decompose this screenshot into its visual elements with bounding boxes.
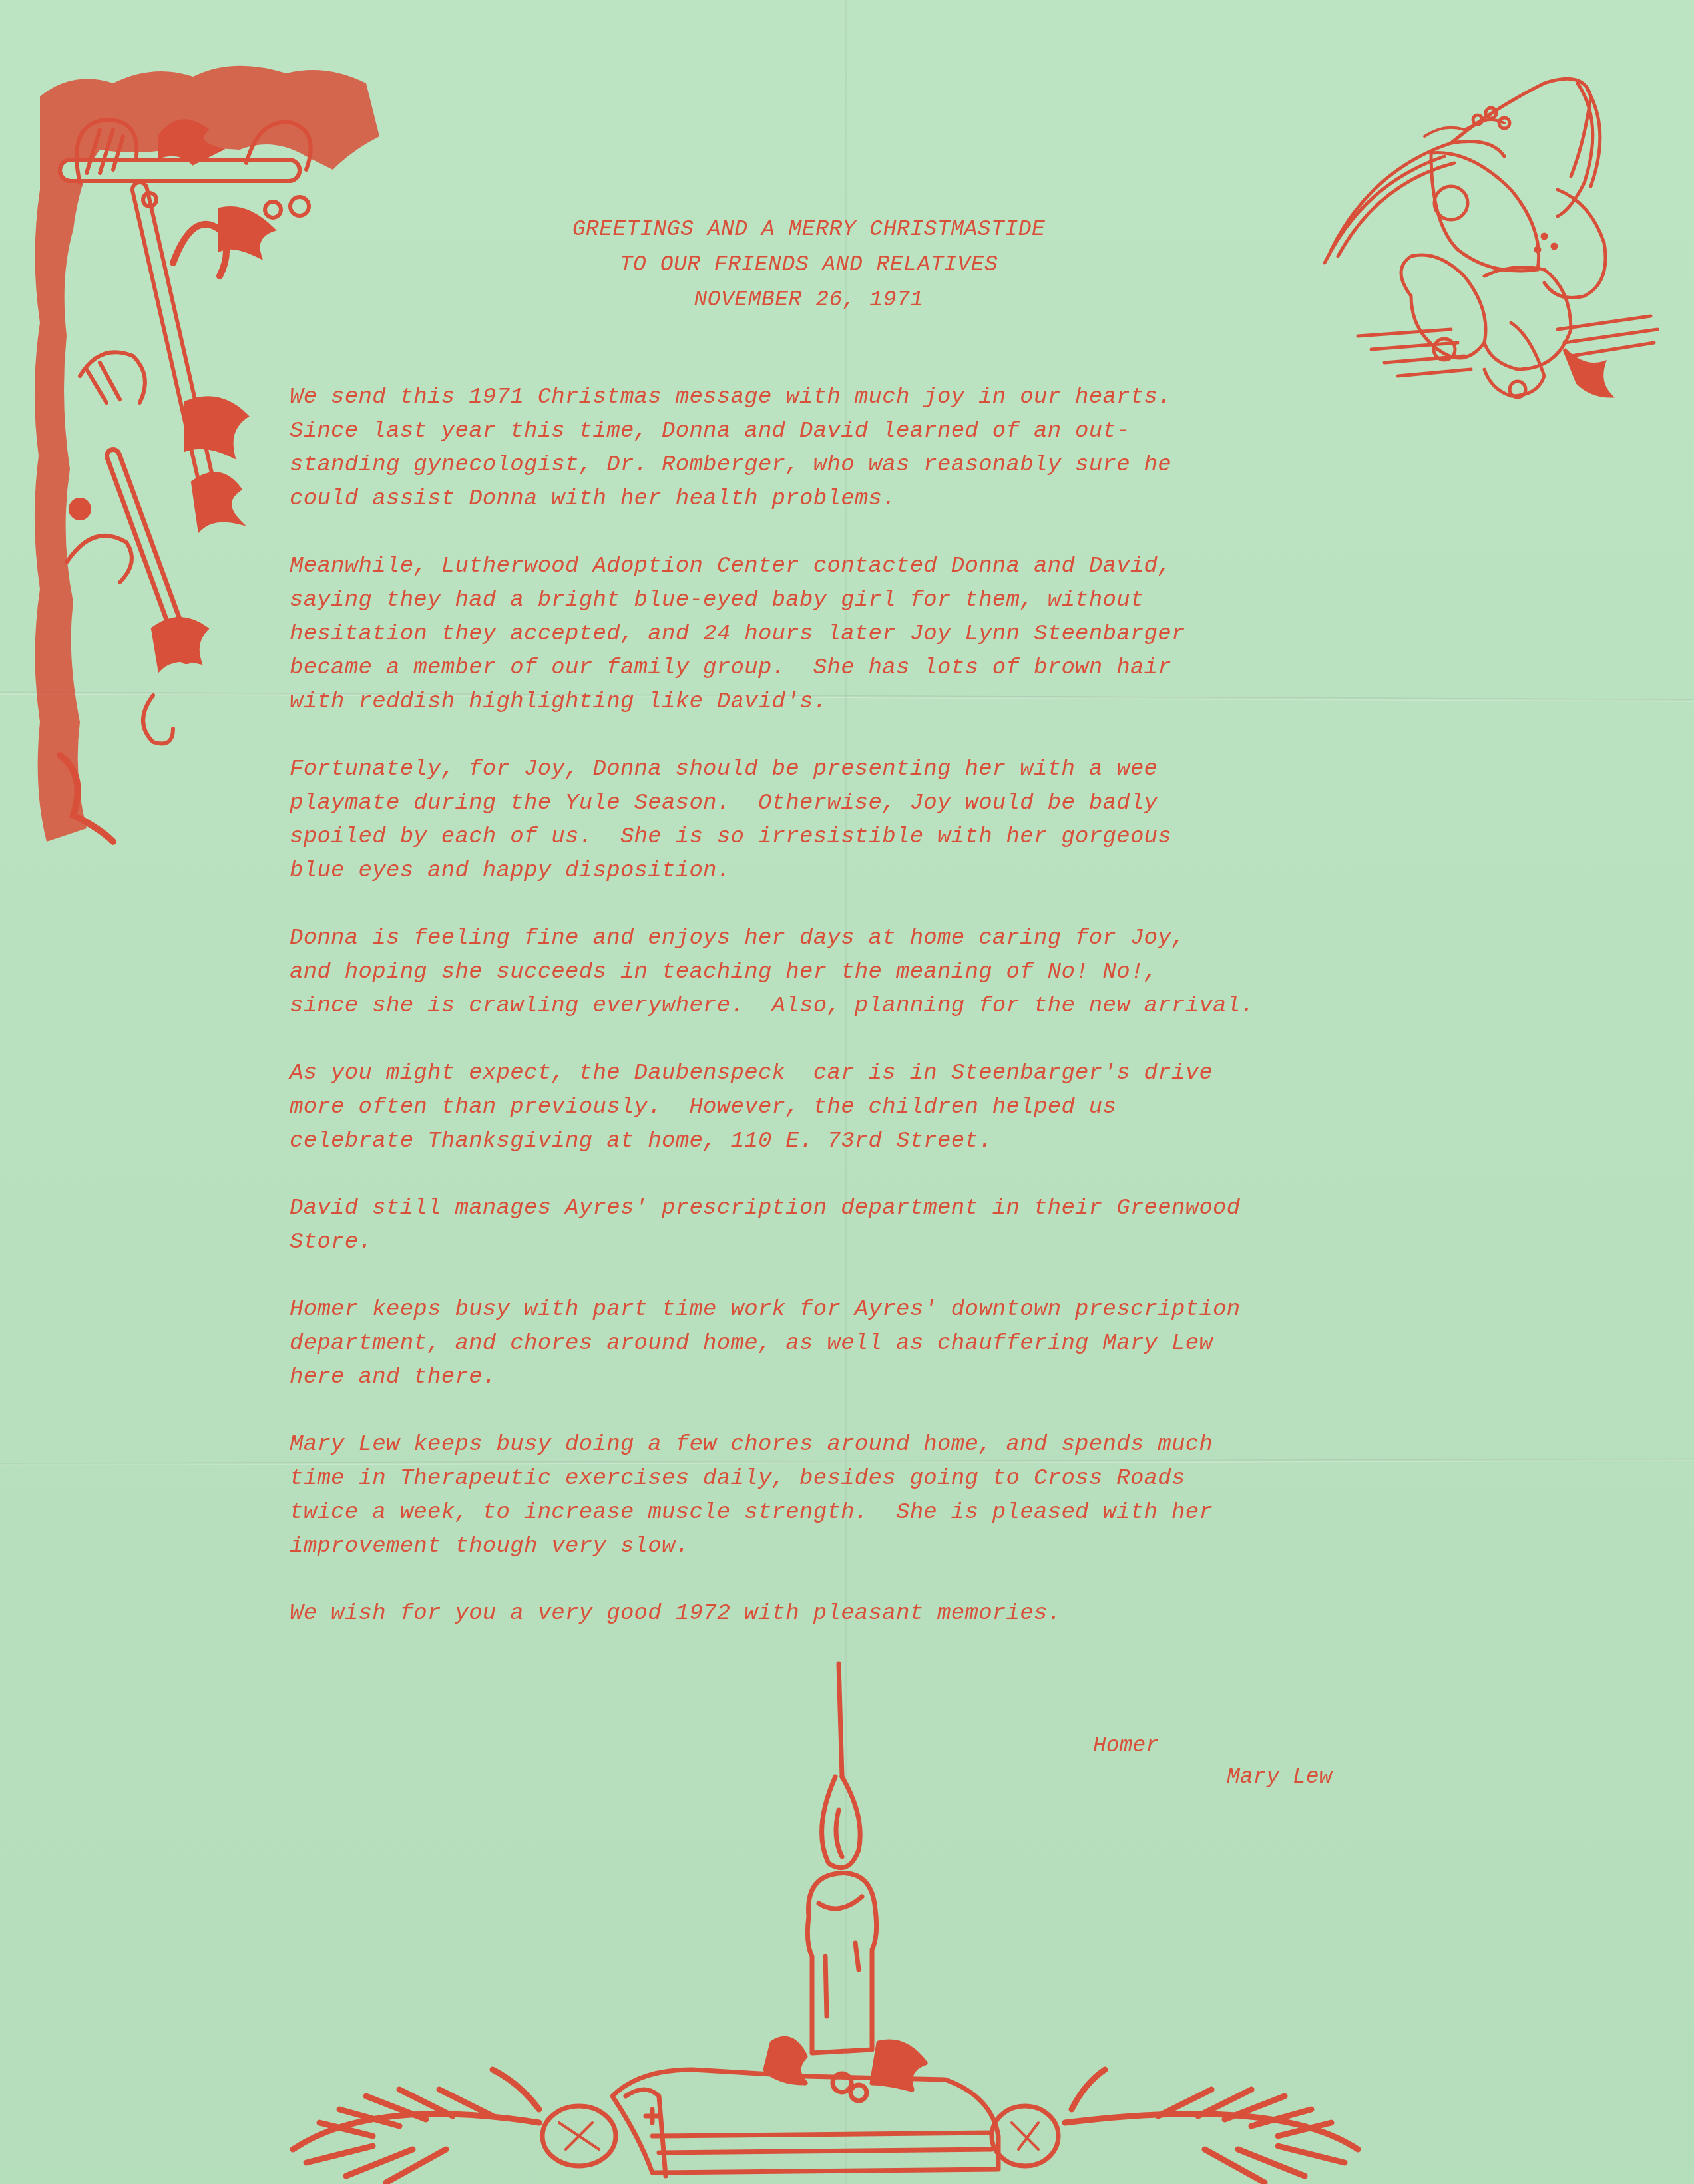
letter-heading: GREETINGS AND A MERRY CHRISTMASTIDE TO O… — [466, 212, 1152, 317]
letter-paragraph: Fortunately, for Joy, Donna should be pr… — [290, 753, 1488, 888]
letter-line: improvement though very slow. — [290, 1530, 1488, 1564]
letter-line: Mary Lew keeps busy doing a few chores a… — [290, 1428, 1488, 1462]
letter-paragraph: We send this 1971 Christmas message with… — [290, 381, 1488, 516]
letter-line: became a member of our family group. She… — [290, 651, 1488, 685]
letter-line: time in Therapeutic exercises daily, bes… — [290, 1462, 1488, 1496]
letter-body: We send this 1971 Christmas message with… — [290, 381, 1488, 1664]
letter-line: saying they had a bright blue-eyed baby … — [290, 584, 1488, 618]
letter-line: blue eyes and happy disposition. — [290, 854, 1488, 888]
letter-line: hesitation they accepted, and 24 hours l… — [290, 618, 1488, 651]
letter-line: and hoping she succeeds in teaching her … — [290, 956, 1488, 990]
letter-line: Fortunately, for Joy, Donna should be pr… — [290, 753, 1488, 787]
letter-line: celebrate Thanksgiving at home, 110 E. 7… — [290, 1125, 1488, 1159]
letter-line: could assist Donna with her health probl… — [290, 482, 1488, 516]
letter-line: spoiled by each of us. She is so irresis… — [290, 820, 1488, 854]
letter-paragraph: We wish for you a very good 1972 with pl… — [290, 1597, 1488, 1631]
letter-line: since she is crawling everywhere. Also, … — [290, 990, 1488, 1023]
letter-line: Donna is feeling fine and enjoys her day… — [290, 922, 1488, 956]
letter-line: We wish for you a very good 1972 with pl… — [290, 1597, 1488, 1631]
letter-paragraph: Homer keeps busy with part time work for… — [290, 1293, 1488, 1395]
letter-paragraph: As you might expect, the Daubenspeck car… — [290, 1057, 1488, 1159]
heading-line-recipients: TO OUR FRIENDS AND RELATIVES — [466, 247, 1152, 282]
letter-line: David still manages Ayres' prescription … — [290, 1192, 1488, 1226]
letter-line: Homer keeps busy with part time work for… — [290, 1293, 1488, 1327]
letter-line: standing gynecologist, Dr. Romberger, wh… — [290, 449, 1488, 482]
letter-paragraph: Mary Lew keeps busy doing a few chores a… — [290, 1428, 1488, 1564]
heading-line-greeting: GREETINGS AND A MERRY CHRISTMASTIDE — [466, 212, 1152, 247]
letter-paragraph: David still manages Ayres' prescription … — [290, 1192, 1488, 1260]
letter-line: here and there. — [290, 1361, 1488, 1395]
letter-line: Since last year this time, Donna and Dav… — [290, 415, 1488, 449]
letter-line: Store. — [290, 1226, 1488, 1260]
letter-line: department, and chores around home, as w… — [290, 1327, 1488, 1361]
letter-line: more often than previously. However, the… — [290, 1091, 1488, 1125]
letter-line: twice a week, to increase muscle strengt… — [290, 1496, 1488, 1530]
letter-line: As you might expect, the Daubenspeck car… — [290, 1057, 1488, 1091]
letter-paragraph: Meanwhile, Lutherwood Adoption Center co… — [290, 550, 1488, 719]
letter-line: playmate during the Yule Season. Otherwi… — [290, 787, 1488, 820]
letter-paragraph: Donna is feeling fine and enjoys her day… — [290, 922, 1488, 1023]
heading-line-date: NOVEMBER 26, 1971 — [466, 282, 1152, 317]
letter-line: Meanwhile, Lutherwood Adoption Center co… — [290, 550, 1488, 584]
christmas-bells-icon — [1291, 57, 1664, 416]
letter-line: We send this 1971 Christmas message with… — [290, 381, 1488, 415]
letter-line: with reddish highlighting like David's. — [290, 685, 1488, 719]
candle-holly-pine-icon — [240, 1657, 1411, 2184]
